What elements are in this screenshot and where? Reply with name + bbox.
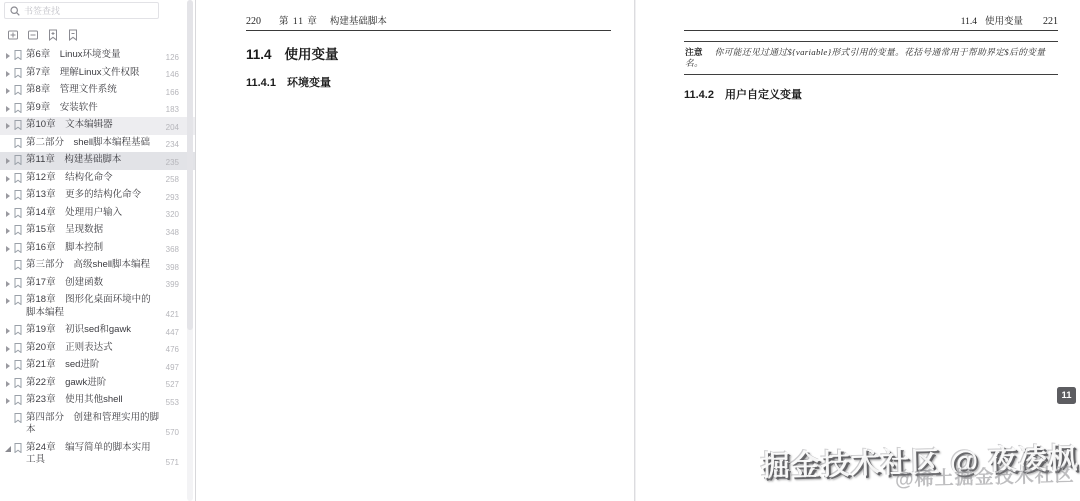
bookmark-icon <box>14 360 22 372</box>
expand-arrow-icon[interactable] <box>5 280 14 290</box>
note-text: 你可能还见过通过${variable}形式引用的变量。花括号通常用于帮助界定$后… <box>685 47 1045 68</box>
bookmark-icon <box>14 85 22 97</box>
toc-item[interactable]: 第18章 图形化桌面环境中的脚本编程 421 <box>0 292 195 322</box>
bookmark-icon <box>14 190 22 202</box>
expand-arrow-icon[interactable] <box>5 327 14 337</box>
bookmark-icon <box>14 155 22 167</box>
subsection-heading: 11.4.2用户自定义变量 <box>684 86 1058 102</box>
bookmark-icon <box>14 68 22 80</box>
bookmark-icon <box>14 243 22 255</box>
add-bookmark-icon[interactable] <box>47 28 59 40</box>
toc-item-label: 第9章 安装软件 <box>26 102 160 115</box>
subsection-title: 环境变量 <box>287 77 331 89</box>
bookmark-icon <box>14 138 22 150</box>
running-head-chapter: 第 11 章 <box>279 13 318 27</box>
toc-item-page: 571 <box>166 458 179 467</box>
chapter-thumb-badge: 11 <box>1057 387 1076 404</box>
toc-item-page: 234 <box>166 140 179 149</box>
toc-item-label: 第7章 理解Linux文件权限 <box>26 67 160 80</box>
bookmark-icon <box>14 103 22 115</box>
search-icon <box>10 6 20 16</box>
expand-arrow-icon[interactable] <box>5 415 14 437</box>
sidebar-scrollbar-thumb[interactable] <box>187 0 193 330</box>
toc-item-page: 368 <box>166 245 179 254</box>
expand-all-icon[interactable] <box>7 28 19 40</box>
bookmark-icon <box>14 173 22 185</box>
outline-toolbar <box>0 19 195 45</box>
bookmark-icon <box>14 443 22 467</box>
toc-item-label: 第22章 gawk进阶 <box>26 377 160 390</box>
page-left: 220 第 11 章 构建基础脚本 11.4使用变量 11.4.1环境变量 <box>197 0 635 501</box>
toc-item-label: 第21章 sed进阶 <box>26 359 160 372</box>
toc-item-label: 第20章 正则表达式 <box>26 342 160 355</box>
running-head-title: 构建基础脚本 <box>330 13 387 27</box>
toc-item-page: 421 <box>166 310 179 319</box>
toc-item[interactable]: 第二部分 shell脚本编程基础 234 <box>0 135 195 153</box>
expand-arrow-icon[interactable] <box>5 245 14 255</box>
section-number: 11.4 <box>246 47 272 62</box>
page-right-header: 11.4 使用变量 221 <box>684 13 1058 31</box>
expand-arrow-icon[interactable] <box>5 122 14 132</box>
toc-item-label: 第15章 呈现数据 <box>26 224 160 237</box>
toc-item-page: 166 <box>166 88 179 97</box>
toc-item-label: 第二部分 shell脚本编程基础 <box>26 137 160 150</box>
toc-item-page: 146 <box>166 70 179 79</box>
toc-item[interactable]: 第12章 结构化命令 258 <box>0 170 195 188</box>
toc-item-page: 293 <box>166 193 179 202</box>
toc-item-label: 第23章 使用其他shell <box>26 394 160 407</box>
bookmark-search-input[interactable] <box>24 6 153 16</box>
expand-arrow-icon[interactable] <box>5 262 14 272</box>
bookmark-icon <box>14 343 22 355</box>
subsection-number: 11.4.1 <box>246 77 276 89</box>
page-left-body: 11.4使用变量 11.4.1环境变量 <box>246 43 611 90</box>
expand-arrow-icon[interactable] <box>5 380 14 390</box>
toc-item-label: 第8章 管理文件系统 <box>26 84 160 97</box>
toc-item[interactable]: 第四部分 创建和管理实用的脚本 570 <box>0 410 195 440</box>
sidebar-scrollbar[interactable] <box>187 0 193 501</box>
toc-item[interactable]: 第23章 使用其他shell 553 <box>0 392 195 410</box>
toc-item-page: 204 <box>166 123 179 132</box>
expand-arrow-icon[interactable] <box>5 157 14 167</box>
toc-item-page: 126 <box>166 53 179 62</box>
bookmark-icon <box>14 260 22 272</box>
bookmark-list-icon[interactable] <box>67 28 79 40</box>
toc-item[interactable]: 第16章 脚本控制 368 <box>0 240 195 258</box>
toc-item[interactable]: 第14章 处理用户输入 320 <box>0 205 195 223</box>
toc-item-page: 320 <box>166 210 179 219</box>
toc-item[interactable]: 第24章 编写简单的脚本实用工具 571 <box>0 440 195 470</box>
page-right: 11.4 使用变量 221 注意你可能还见过通过${variable}形式引用的… <box>635 0 1080 501</box>
toc-item-label: 第18章 图形化桌面环境中的脚本编程 <box>26 294 160 319</box>
page-right-body: 注意你可能还见过通过${variable}形式引用的变量。花括号通常用于帮助界定… <box>684 41 1058 102</box>
toc-item-label: 第13章 更多的结构化命令 <box>26 189 160 202</box>
expand-arrow-icon[interactable] <box>5 445 14 467</box>
bookmark-icon <box>14 413 22 437</box>
toc-item[interactable]: 第21章 sed进阶 497 <box>0 357 195 375</box>
pdf-reader-window: 第6章 Linux环境变量 126 第7章 理解Linux文件权限 146 第8… <box>0 0 1080 501</box>
toc-item-page: 399 <box>166 280 179 289</box>
toc-item[interactable]: 第15章 呈现数据 348 <box>0 222 195 240</box>
expand-arrow-icon[interactable] <box>5 192 14 202</box>
expand-arrow-icon[interactable] <box>5 70 14 80</box>
document-viewer: 220 第 11 章 构建基础脚本 11.4使用变量 11.4.1环境变量 11… <box>197 0 1080 501</box>
toc-item-label: 第19章 初识sed和gawk <box>26 324 160 337</box>
section-title: 使用变量 <box>285 47 339 62</box>
expand-arrow-icon[interactable] <box>5 227 14 237</box>
toc-item-label: 第14章 处理用户输入 <box>26 207 160 220</box>
section-heading: 11.4使用变量 <box>246 43 611 63</box>
bookmark-icon <box>14 325 22 337</box>
toc-item-label: 第16章 脚本控制 <box>26 242 160 255</box>
toc-item-label: 第12章 结构化命令 <box>26 172 160 185</box>
toc-item-label: 第6章 Linux环境变量 <box>26 49 160 62</box>
toc-item[interactable]: 第10章 文本编辑器 204 <box>0 117 195 135</box>
expand-arrow-icon[interactable] <box>5 210 14 220</box>
bookmark-icon <box>14 278 22 290</box>
toc-item-label: 第四部分 创建和管理实用的脚本 <box>26 412 160 437</box>
bookmark-icon <box>14 120 22 132</box>
toc-item-page: 348 <box>166 228 179 237</box>
bookmark-search-box[interactable] <box>4 2 159 19</box>
expand-arrow-icon[interactable] <box>5 362 14 372</box>
expand-arrow-icon[interactable] <box>5 397 14 407</box>
toc-item-page: 497 <box>166 363 179 372</box>
toc-item[interactable]: 第22章 gawk进阶 527 <box>0 375 195 393</box>
toc-item[interactable]: 第11章 构建基础脚本 235 <box>0 152 195 170</box>
expand-arrow-icon[interactable] <box>5 87 14 97</box>
bookmark-icon <box>14 225 22 237</box>
running-head-section-number: 11.4 <box>961 17 977 27</box>
toc-item[interactable]: 第7章 理解Linux文件权限 146 <box>0 65 195 83</box>
toc-item-label: 第17章 创建函数 <box>26 277 160 290</box>
toc-item-page: 447 <box>166 328 179 337</box>
page-left-header: 220 第 11 章 构建基础脚本 <box>246 13 611 31</box>
running-head-section-title: 使用变量 <box>985 13 1023 27</box>
bookmark-icon <box>14 378 22 390</box>
page-number: 221 <box>1043 16 1058 27</box>
toc-item[interactable]: 第19章 初识sed和gawk 447 <box>0 322 195 340</box>
toc-item[interactable]: 第8章 管理文件系统 166 <box>0 82 195 100</box>
expand-arrow-icon[interactable] <box>5 345 14 355</box>
toc-item[interactable]: 第20章 正则表达式 476 <box>0 340 195 358</box>
bookmark-icon <box>14 395 22 407</box>
toc-item-label: 第10章 文本编辑器 <box>26 119 160 132</box>
toc-item-label: 第三部分 高级shell脚本编程 <box>26 259 160 272</box>
toc-item-page: 183 <box>166 105 179 114</box>
bookmark-icon <box>14 208 22 220</box>
expand-arrow-icon[interactable] <box>5 297 14 319</box>
toc-item-page: 570 <box>166 428 179 437</box>
toc-item-page: 527 <box>166 380 179 389</box>
toc-item-page: 258 <box>166 175 179 184</box>
toc-item-page: 235 <box>166 158 179 167</box>
note-label: 注意 <box>685 47 703 57</box>
toc-item-page: 476 <box>166 345 179 354</box>
toc-item-label: 第11章 构建基础脚本 <box>26 154 160 167</box>
toc-item-page: 398 <box>166 263 179 272</box>
bookmark-icon <box>14 50 22 62</box>
note-box: 注意你可能还见过通过${variable}形式引用的变量。花括号通常用于帮助界定… <box>684 41 1058 75</box>
toc-list: 第6章 Linux环境变量 126 第7章 理解Linux文件权限 146 第8… <box>0 47 195 470</box>
bookmark-icon <box>14 295 22 319</box>
expand-arrow-icon[interactable] <box>5 52 14 62</box>
expand-arrow-icon[interactable] <box>5 175 14 185</box>
expand-arrow-icon[interactable] <box>5 140 14 150</box>
toc-item-page: 553 <box>166 398 179 407</box>
expand-arrow-icon[interactable] <box>5 105 14 115</box>
toc-item-label: 第24章 编写简单的脚本实用工具 <box>26 442 160 467</box>
toc-item[interactable]: 第6章 Linux环境变量 126 <box>0 47 195 65</box>
bookmarks-sidebar: 第6章 Linux环境变量 126 第7章 理解Linux文件权限 146 第8… <box>0 0 196 501</box>
toc-item[interactable]: 第三部分 高级shell脚本编程 398 <box>0 257 195 275</box>
subsection-number: 11.4.2 <box>684 89 714 101</box>
toc-item[interactable]: 第9章 安装软件 183 <box>0 100 195 118</box>
subsection-heading: 11.4.1环境变量 <box>246 74 611 90</box>
subsection-title: 用户自定义变量 <box>725 89 802 101</box>
collapse-all-icon[interactable] <box>27 28 39 40</box>
toc-item[interactable]: 第17章 创建函数 399 <box>0 275 195 293</box>
page-number: 220 <box>246 16 261 27</box>
toc-item[interactable]: 第13章 更多的结构化命令 293 <box>0 187 195 205</box>
